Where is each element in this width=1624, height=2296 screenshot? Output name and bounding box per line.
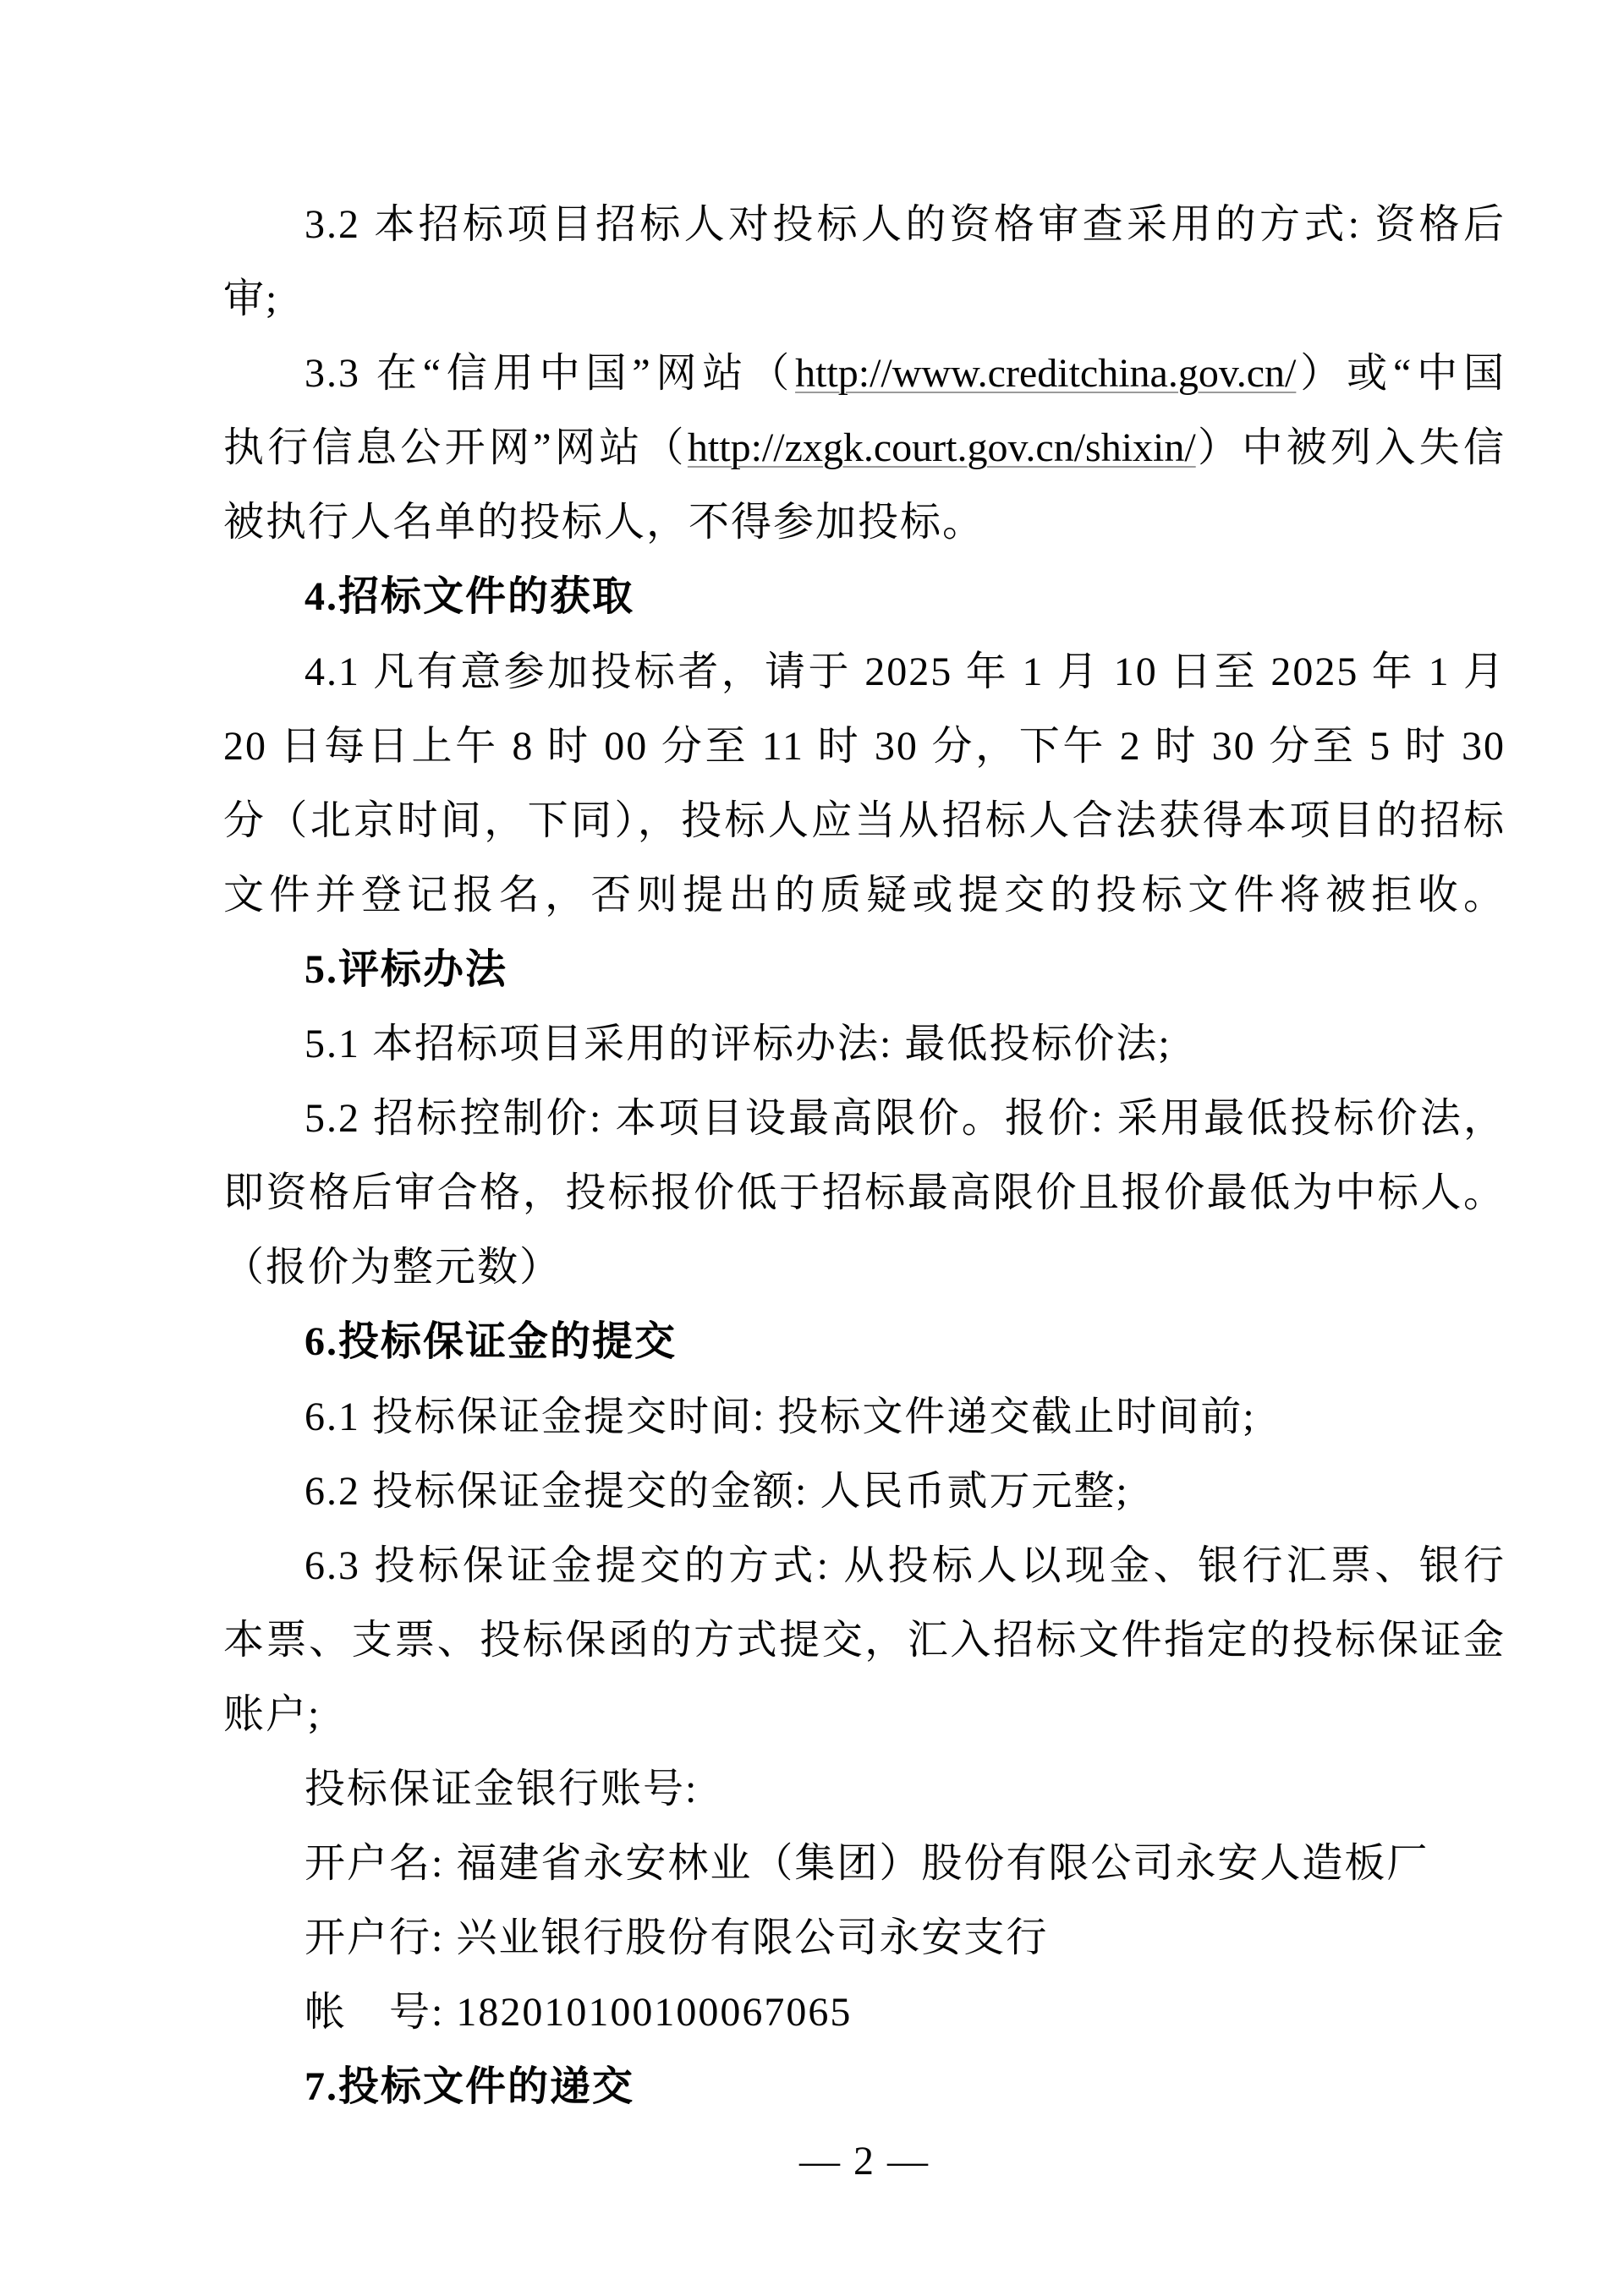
section-4-heading: 4.招标文件的获取 (223, 560, 1506, 634)
clause-41-line3: 分（北京时间，下同），投标人应当从招标人合法获得本项目的招标 (223, 784, 1506, 858)
page-number: — 2 — (223, 2124, 1506, 2199)
clause-33-pre-text: 3.3 在“信用中国”网站（ (304, 351, 795, 396)
section-7-heading: 7.投标文件的递交 (223, 2050, 1506, 2124)
clause-52-line1: 5.2 招标控制价: 本项目设最高限价。报价: 采用最低投标价法， (223, 1082, 1506, 1156)
zxgk-url-link[interactable]: http://zxgk.court.gov.cn/shixin/ (688, 425, 1196, 470)
creditchina-url-link[interactable]: http://www.creditchina.gov.cn/ (795, 351, 1296, 396)
clause-52-line2: 即资格后审合格，投标报价低于招标最高限价且报价最低为中标人。 (223, 1156, 1506, 1230)
clause-33-line2-post-text: ）中被列入失信 (1196, 425, 1506, 470)
clause-41-line4: 文件并登记报名，否则提出的质疑或提交的投标文件将被拒收。 (223, 858, 1506, 933)
bank-line: 开户行: 兴业银行股份有限公司永安支行 (223, 1901, 1506, 1975)
deposit-account-label: 投标保证金银行账号: (223, 1752, 1506, 1827)
clause-32-line1: 3.2 本招标项目招标人对投标人的资格审查采用的方式: 资格后 (223, 188, 1506, 262)
account-name-line: 开户名: 福建省永安林业（集团）股份有限公司永安人造板厂 (223, 1827, 1506, 1901)
clause-41-line2: 20 日每日上午 8 时 00 分至 11 时 30 分，下午 2 时 30 分… (223, 710, 1506, 784)
document-body: 3.2 本招标项目招标人对投标人的资格审查采用的方式: 资格后 审; 3.3 在… (223, 188, 1506, 2200)
clause-61-line: 6.1 投标保证金提交时间: 投标文件递交截止时间前; (223, 1380, 1506, 1455)
clause-62-line: 6.2 投标保证金提交的金额: 人民币贰万元整; (223, 1455, 1506, 1529)
clause-33-line2: 执行信息公开网”网站（http://zxgk.court.gov.cn/shix… (223, 411, 1506, 485)
clause-63-line2: 本票、支票、投标保函的方式提交，汇入招标文件指定的投标保证金 (223, 1603, 1506, 1678)
clause-32-line2: 审; (223, 262, 1506, 337)
clause-33-post-text: ）或“中国 (1296, 351, 1506, 396)
clause-63-line3: 账户; (223, 1678, 1506, 1752)
clause-52-line3: （报价为整元数） (223, 1230, 1506, 1305)
clause-33-line1: 3.3 在“信用中国”网站（http://www.creditchina.gov… (223, 337, 1506, 411)
document-page: 3.2 本招标项目招标人对投标人的资格审查采用的方式: 资格后 审; 3.3 在… (0, 0, 1624, 2296)
clause-33-line3: 被执行人名单的投标人，不得参加投标。 (223, 485, 1506, 560)
section-6-heading: 6.投标保证金的提交 (223, 1305, 1506, 1379)
section-5-heading: 5.评标办法 (223, 933, 1506, 1007)
clause-41-line1: 4.1 凡有意参加投标者，请于 2025 年 1 月 10 日至 2025 年 … (223, 635, 1506, 710)
clause-51-line: 5.1 本招标项目采用的评标办法: 最低投标价法; (223, 1007, 1506, 1082)
clause-33-line2-pre-text: 执行信息公开网”网站（ (223, 425, 688, 470)
clause-63-line1: 6.3 投标保证金提交的方式: 从投标人以现金、银行汇票、银行 (223, 1529, 1506, 1603)
account-number-line: 帐 号: 182010100100067065 (223, 1975, 1506, 2050)
